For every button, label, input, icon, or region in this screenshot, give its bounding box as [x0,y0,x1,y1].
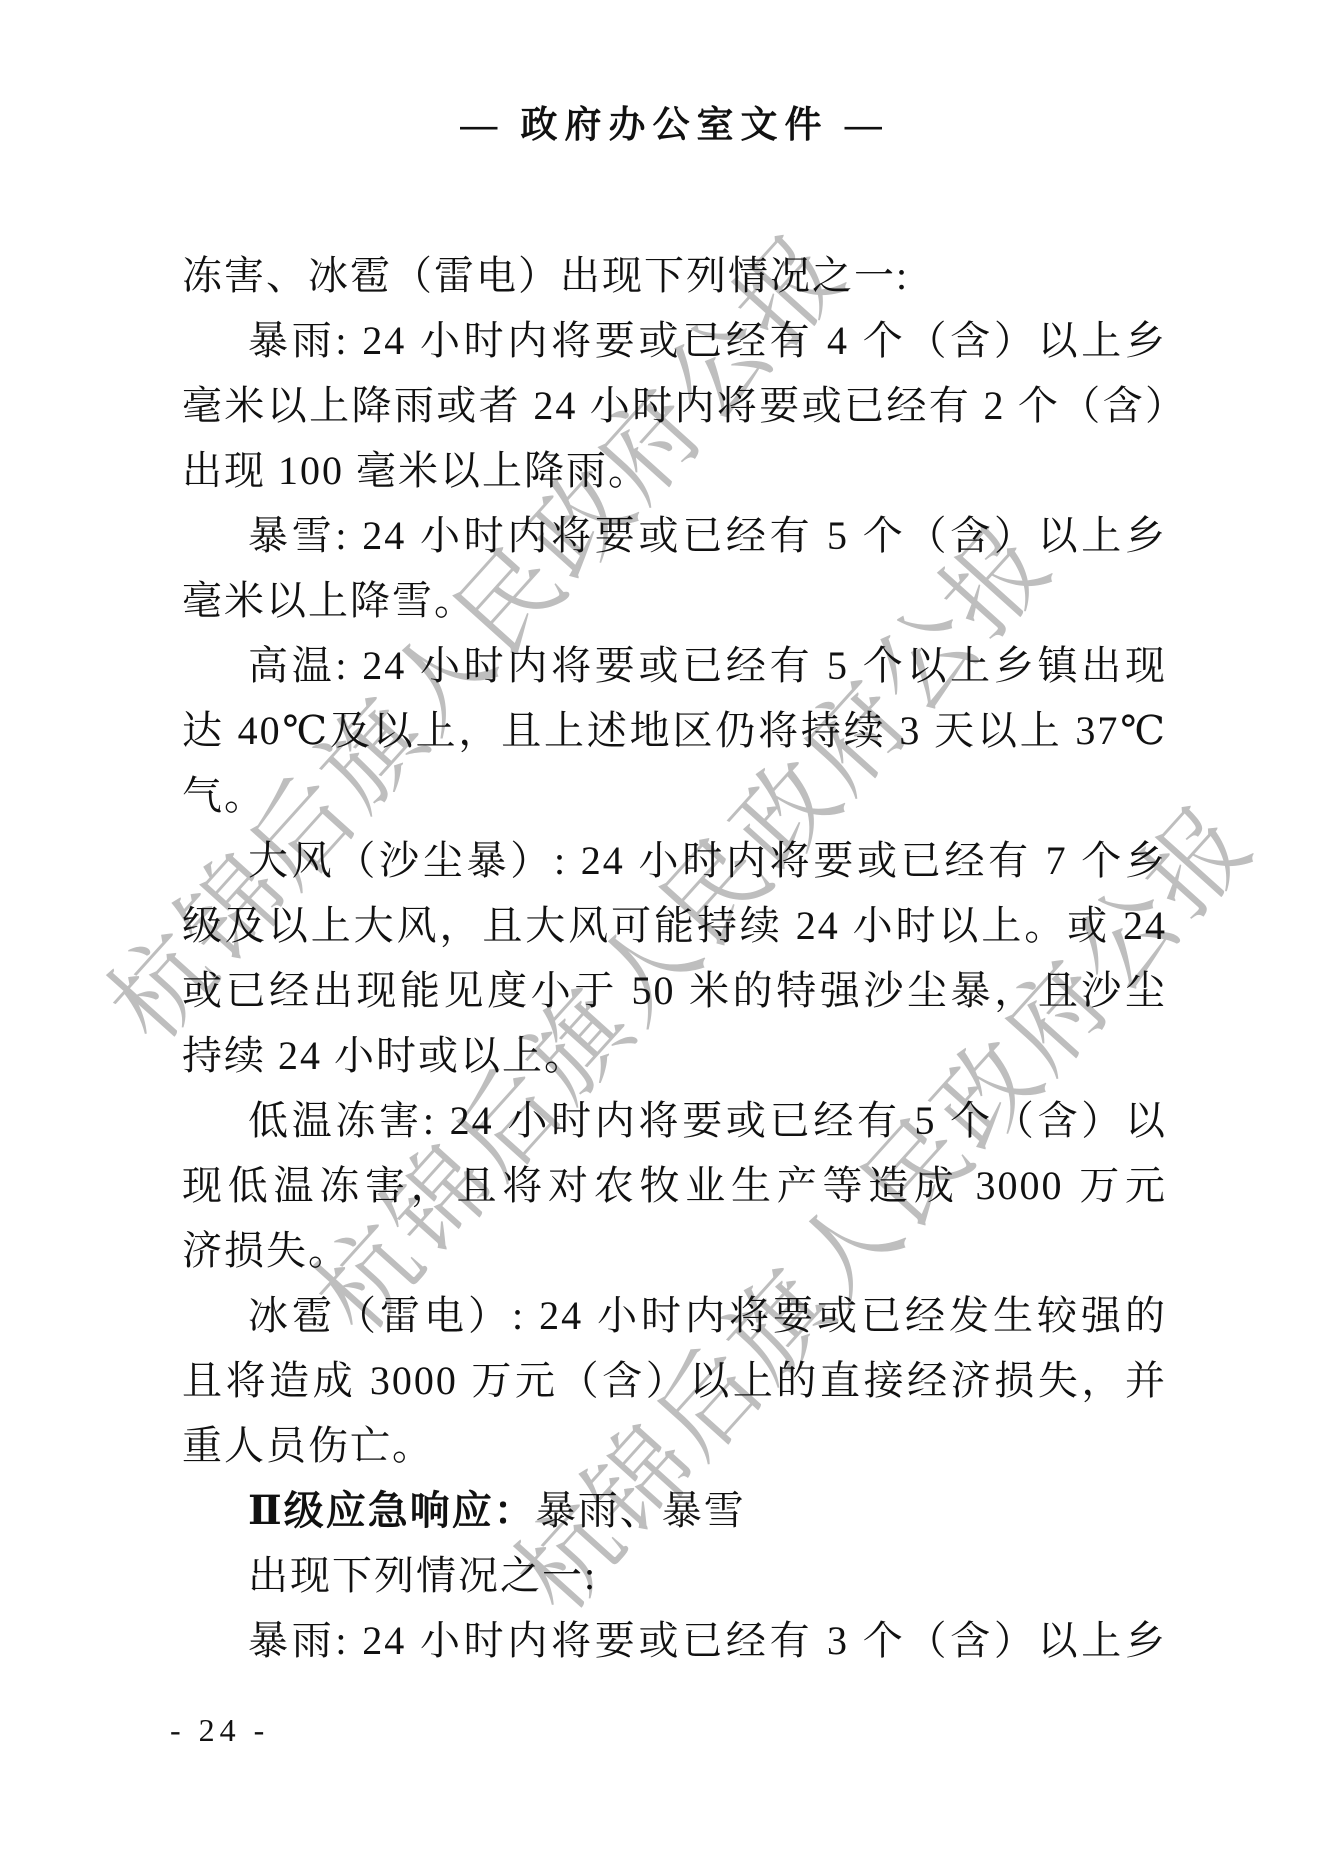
text-segment: 级及以上大风，且大风可能持续 24 小时以上。或 24 小时内将要 [182,903,1167,958]
text-segment: 冰雹（雷电）: 24 小时内将要或已经发生较强的冰雹或雷电， [248,1293,1167,1348]
text-line: 气。 [182,763,1167,828]
text-line: 毫米以上降雪。 [182,568,1167,633]
text-line: 现低温冻害，且将对农牧业生产等造成 3000 万元（含）以上经 [182,1153,1167,1218]
text-line: 低温冻害: 24 小时内将要或已经有 5 个（含）以上乡镇出 [182,1088,1167,1153]
text-line: 毫米以上降雨或者 24 小时内将要或已经有 2 个（含）以上乡镇 [182,373,1167,438]
text-line: 持续 24 小时或以上。 [182,1023,1167,1088]
text-line: 重人员伤亡。 [182,1413,1167,1478]
text-line: 大风（沙尘暴）: 24 小时内将要或已经有 7 个乡镇出现 10 [182,828,1167,893]
text-segment: 暴雪: 24 小时内将要或已经有 5 个（含）以上乡镇出现 10 [248,513,1167,568]
page-header-title: — 政府办公室文件 — [182,94,1167,148]
text-line: 冰雹（雷电）: 24 小时内将要或已经发生较强的冰雹或雷电， [182,1283,1167,1348]
text-segment: 低温冻害: 24 小时内将要或已经有 5 个（含）以上乡镇出 [248,1098,1167,1153]
text-segment: 持续 24 小时或以上。 [182,1033,586,1078]
document-page: 杭锦后旗人民政府公报 杭锦后旗人民政府公报 杭锦后旗人民政府公报 — 政府办公室… [0,0,1323,1871]
document-body: 冻害、冰雹（雷电）出现下列情况之一:暴雨: 24 小时内将要或已经有 4 个（含… [182,243,1167,1673]
text-line: 出现 100 毫米以上降雨。 [182,438,1167,503]
text-segment: 且将造成 3000 万元（含）以上的直接经济损失，并可能造成严 [182,1358,1167,1413]
text-line: 暴雪: 24 小时内将要或已经有 5 个（含）以上乡镇出现 10 [182,503,1167,568]
text-segment: 出现 100 毫米以上降雨。 [182,448,650,493]
page-number: - 24 - [170,1712,269,1749]
text-line: 或已经出现能见度小于 50 米的特强沙尘暴，且沙尘暴天气可能 [182,958,1167,1023]
text-segment: 暴雨、暴雪 [536,1488,746,1533]
text-segment: 高温: 24 小时内将要或已经有 5 个以上乡镇出现最高气温 [248,643,1167,698]
text-line: 冻害、冰雹（雷电）出现下列情况之一: [182,243,1167,308]
text-segment: 大风（沙尘暴）: 24 小时内将要或已经有 7 个乡镇出现 10 [248,838,1167,893]
text-segment: 暴雨: 24 小时内将要或已经有 4 个（含）以上乡镇出现 50 [248,318,1167,373]
text-segment: 出现下列情况之一: [248,1553,597,1598]
text-line: 暴雨: 24 小时内将要或已经有 4 个（含）以上乡镇出现 50 [182,308,1167,373]
text-line: 级及以上大风，且大风可能持续 24 小时以上。或 24 小时内将要 [182,893,1167,958]
text-segment: 达 40℃及以上，且上述地区仍将持续 3 天以上 37℃以上高温天 [182,708,1167,763]
text-segment: 现低温冻害，且将对农牧业生产等造成 3000 万元（含）以上经 [182,1163,1167,1218]
text-line: 济损失。 [182,1218,1167,1283]
text-segment: 暴雨: 24 小时内将要或已经有 3 个（含）以上乡镇出现 100 [248,1618,1167,1673]
text-segment: 或已经出现能见度小于 50 米的特强沙尘暴，且沙尘暴天气可能 [182,968,1167,1023]
text-segment: 重人员伤亡。 [182,1423,434,1468]
text-segment: 济损失。 [182,1228,350,1273]
text-segment: 冻害、冰雹（雷电）出现下列情况之一: [182,253,909,298]
text-line: 高温: 24 小时内将要或已经有 5 个以上乡镇出现最高气温 [182,633,1167,698]
bold-text-segment: Ⅱ级应急响应： [248,1488,536,1533]
text-segment: 气。 [182,773,266,818]
text-segment: 毫米以上降雪。 [182,578,476,623]
text-line: 暴雨: 24 小时内将要或已经有 3 个（含）以上乡镇出现 100 [182,1608,1167,1673]
text-line: 出现下列情况之一: [182,1543,1167,1608]
text-segment: 毫米以上降雨或者 24 小时内将要或已经有 2 个（含）以上乡镇 [182,383,1167,438]
text-line: 达 40℃及以上，且上述地区仍将持续 3 天以上 37℃以上高温天 [182,698,1167,763]
text-line: 且将造成 3000 万元（含）以上的直接经济损失，并可能造成严 [182,1348,1167,1413]
text-line: Ⅱ级应急响应：暴雨、暴雪 [182,1478,1167,1543]
